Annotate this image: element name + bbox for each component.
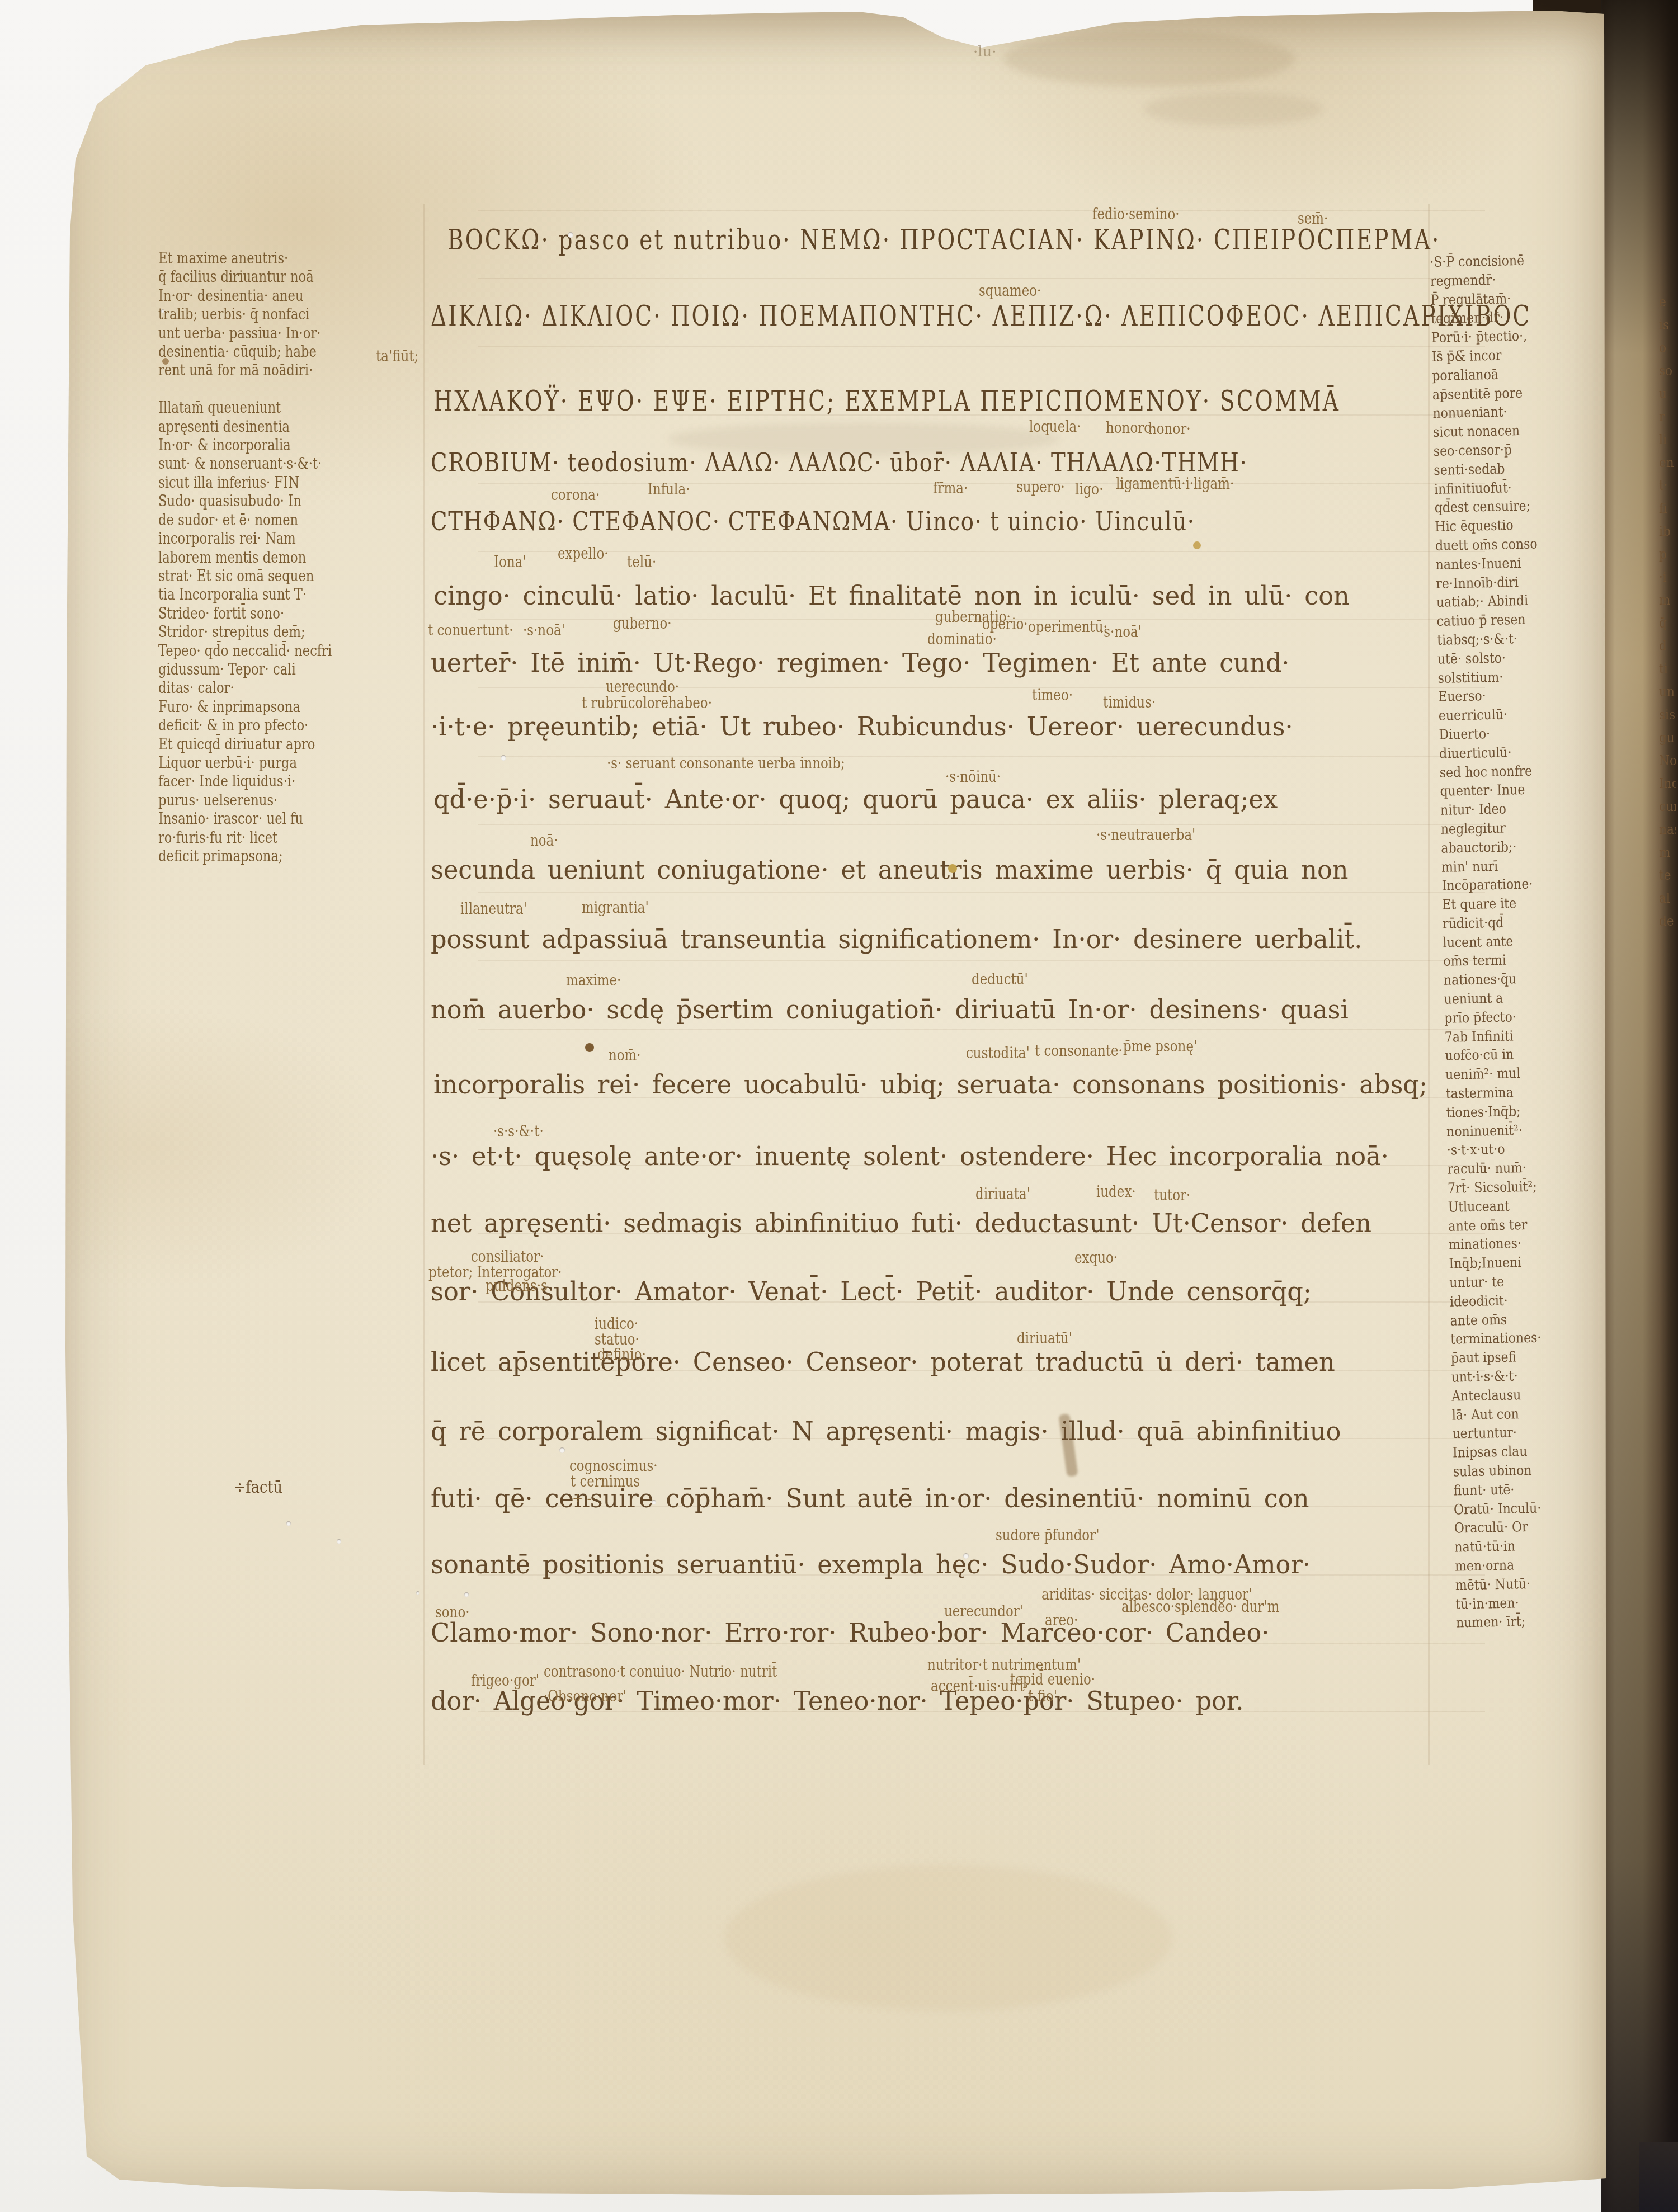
wormhole — [337, 1539, 341, 1544]
main-text-line: ΒΟCΚΩ· pasco et nutribuo· ΝΕΜΩ· ΠΡΟCΤΑCΙ… — [447, 224, 1440, 256]
wormhole — [501, 755, 506, 761]
right-margin-line: Euerso· — [1438, 686, 1540, 706]
left-margin-line: ro·furis·fu rit· licet — [158, 829, 332, 847]
interlinear-gloss: albesco·splendeo· dur'm — [1121, 1598, 1279, 1616]
right-margin-line: uatiab;· Abindi — [1436, 591, 1539, 612]
right-margin-line: 7rt̄· Sicsoluit̄²; — [1448, 1177, 1550, 1197]
right-margin-line: Porū·i· p̄tectio·, — [1431, 327, 1534, 347]
interlinear-gloss: sudore p̄fundor' — [996, 1527, 1099, 1544]
interlinear-gloss: sono· — [435, 1604, 469, 1621]
left-margin-line: Et maxime aneutris· — [158, 249, 332, 268]
main-text-line: net apręsenti· sedmagis abinfinitiuo fut… — [431, 1208, 1371, 1239]
interlinear-gloss: iudex· — [1096, 1183, 1136, 1201]
right-margin-line: Inipsas clau — [1453, 1441, 1555, 1462]
right-margin-line: lucent ante — [1443, 931, 1545, 952]
right-margin-line: seo·censor·p̄ — [1433, 440, 1535, 460]
main-text-line: sor· Consultor· Amator· Venat̄· Lect̄· P… — [431, 1276, 1312, 1307]
right-margin-line: fiunt· utē· — [1453, 1479, 1556, 1500]
wormhole — [963, 1553, 969, 1559]
main-text-line: possunt adpassiuā transeuntia significat… — [431, 924, 1362, 955]
interlinear-gloss: sem̄· — [1298, 210, 1328, 228]
left-margin-line: de sudor· et ē· nomen — [158, 511, 332, 530]
left-margin-line: Stridor· strepitus dem̄; — [158, 623, 332, 642]
right-margin-line: sicut nonacen — [1433, 421, 1535, 442]
water-stain — [724, 1865, 1172, 2011]
right-margin-line: lā· Aut con — [1452, 1404, 1554, 1425]
interlinear-gloss: fr̄ma· — [933, 480, 968, 497]
show-through-text: ·lu· — [973, 44, 997, 60]
main-text-line: incorporalis rei· fecere uocabulū· ubiq;… — [433, 1069, 1427, 1100]
interlinear-gloss: dominatio· — [927, 631, 997, 648]
main-text-line: cingo· cinculū· latio· laculū· Et finali… — [433, 581, 1350, 611]
right-margin-line: Anteclausu — [1451, 1385, 1554, 1406]
right-margin-line: Incōparatione· — [1441, 875, 1544, 895]
right-margin-line: neglegitur — [1440, 818, 1543, 838]
interlinear-gloss: illaneutra' — [460, 900, 527, 918]
right-margin-line: nitur· Ideo — [1440, 799, 1543, 819]
ink-speck — [1193, 541, 1201, 549]
left-margin-line: rent unā for mā noādiri· — [158, 361, 332, 380]
right-margin-line: min' nurī — [1441, 856, 1544, 876]
interlinear-gloss: guberno· — [613, 615, 672, 633]
interlinear-gloss: p̄me psonę' — [1123, 1038, 1197, 1055]
interlinear-gloss: ligo· — [1075, 481, 1103, 498]
right-margin-line: uofc̄o·cū in — [1445, 1045, 1547, 1065]
interlinear-gloss: ·Obsono·nor' — [544, 1688, 626, 1705]
right-margin-line: Oratū· Inculū· — [1454, 1498, 1556, 1519]
interlinear-gloss: ·s·nōinū· — [945, 768, 1001, 786]
interlinear-gloss: t fio' — [1028, 1688, 1057, 1705]
left-margin-line: Et quicqd̄ diriuatur apro — [158, 735, 332, 754]
manuscript-photo: e is o so u r li en t· fi ib p ·i m q̄ d… — [0, 0, 1678, 2212]
left-margin-line: Furo· & inprimapsona — [158, 698, 332, 716]
main-text-line: sonantē positionis seruantiū· exempla hę… — [431, 1549, 1311, 1580]
margin-note: ÷factū — [234, 1478, 282, 1497]
right-margin-line: sed hoc nonfre — [1440, 761, 1542, 782]
left-margin-line: gidussum· Tepor· cali — [158, 661, 332, 679]
right-margin-line: Oraculū· Or — [1454, 1517, 1556, 1537]
show-through-stain — [1144, 92, 1323, 126]
left-margin-line — [158, 380, 332, 399]
left-margin-line: tralib; uerbis· q̄ nonfaci — [158, 305, 332, 324]
wormhole — [652, 1500, 656, 1504]
interlinear-gloss: t cernimus — [571, 1473, 640, 1491]
left-margin-line: Illatam̄ queueniunt — [158, 399, 332, 417]
left-margin-line: In·or· & incorporalia — [158, 436, 332, 455]
interlinear-gloss: uerecundo· — [606, 678, 679, 696]
wormhole — [286, 1521, 291, 1526]
right-margin-line: unt·i·s·&·t· — [1451, 1366, 1553, 1386]
left-margin-line: strat· Et sic omā sequen — [158, 567, 332, 586]
interlinear-gloss: cognoscimus· — [569, 1458, 658, 1475]
interlinear-gloss: ·s·noā' — [523, 622, 565, 639]
right-margin-line: numen· īrt̄; — [1456, 1611, 1558, 1632]
right-margin-line: infinitiuofut̄· — [1434, 478, 1536, 498]
interlinear-gloss: consiliator· — [471, 1248, 544, 1266]
right-margin-line: Inq̄b;Inueni — [1449, 1252, 1551, 1273]
interlinear-gloss: nom̄· — [609, 1047, 641, 1064]
right-margin-line: P̄ regulātam̄· — [1430, 289, 1533, 309]
right-margin-line: Utluceant — [1448, 1196, 1550, 1216]
interlinear-gloss: corona· — [551, 487, 600, 504]
right-margin-line: minationes· — [1449, 1234, 1551, 1254]
ink-speck — [585, 1043, 594, 1052]
right-margin-line: tū·in·men· — [1455, 1593, 1558, 1614]
interlinear-gloss: tutor· — [1154, 1187, 1190, 1204]
left-margin-line: Sudo· quasisubudo· In — [158, 492, 332, 511]
interlinear-gloss: timidus· — [1103, 694, 1156, 711]
right-margin-line: sulas ubinon — [1453, 1460, 1556, 1481]
interlinear-gloss: timeo· — [1032, 687, 1073, 704]
ruling-vertical-left — [423, 204, 425, 1765]
right-margin-line: solstitium· — [1437, 667, 1540, 687]
right-margin-line: om̄s termi — [1443, 950, 1545, 971]
left-margin-line: Insanio· irascor· uel fu — [158, 810, 332, 828]
main-text-line: ·s· et·t· quęsolę ante·or· inuentę solen… — [431, 1141, 1389, 1172]
left-margin-line: sunt· & nonseruant·s·&·t· — [158, 455, 332, 473]
right-margin-line: tiabsq;·s·&·t· — [1437, 629, 1539, 649]
right-margin-line: ueniunt a — [1444, 988, 1546, 1008]
main-text-line: CΤΗΦΑΝΩ· CΤΕΦΑΝΟC· CΤΕΦΑΝΩΜΑ· Uinco· t u… — [431, 506, 1195, 537]
right-margin-line: Diuerto· — [1439, 723, 1541, 744]
left-margin-line: Liquor uerbū·i· purga — [158, 754, 332, 772]
interlinear-gloss: supero· — [1016, 479, 1065, 496]
right-margin-line: terminationes· — [1450, 1328, 1553, 1349]
left-margin-line: Tepeo· qd̄o neccalid̄· necfri — [158, 642, 332, 661]
main-text-line: ΔΙΚΛΙΩ· ΔΙΚΛΙΟC· ΠΟΙΩ· ΠΟΕΜΑΠΟΝΤΗC· ΛΕΠΙ… — [431, 300, 1531, 332]
main-text-line: nom̄ auerbo· scdę p̄sertim coniugation̄·… — [431, 994, 1349, 1025]
interlinear-gloss: maxime· — [566, 972, 621, 989]
right-margin-line: raculū· num̄· — [1447, 1158, 1549, 1178]
ink-speck — [162, 358, 169, 365]
right-margin-line: ante om̄s ter — [1448, 1215, 1550, 1235]
interlinear-gloss: operimentū· — [1028, 619, 1107, 636]
right-margin-line: catiuo p̄ resen — [1436, 610, 1539, 631]
right-margin-line: utē· solsto· — [1437, 648, 1540, 668]
wormhole — [559, 1447, 565, 1453]
interlinear-gloss: ·s·neutrauerba' — [1096, 827, 1195, 844]
right-margin-line: ante om̄s — [1450, 1309, 1552, 1330]
main-text-line: uerter̄· Itē inim̄· Ut·Rego· regimen· Te… — [431, 648, 1290, 678]
right-margin-line: Et quare ite — [1442, 893, 1544, 914]
right-margin-line: tastermina — [1446, 1082, 1548, 1103]
show-through-stain — [1004, 31, 1295, 87]
right-margin-line: uertuntur· — [1452, 1423, 1554, 1444]
interlinear-gloss: operio· — [982, 616, 1028, 633]
left-margin-line: q̄ facilius diriuantur noā — [158, 268, 332, 286]
interlinear-gloss: definio· — [597, 1346, 646, 1364]
main-text-line: q̄ rē corporalem significat· N apręsenti… — [431, 1416, 1341, 1447]
left-margin-line: sicut illa inferius· FIN — [158, 474, 332, 492]
right-margin-line: tegimen·dr̄· — [1431, 308, 1533, 328]
right-margin-line: ·s·t·x·ut·o — [1446, 1139, 1549, 1160]
interlinear-gloss: diriuata' — [975, 1186, 1030, 1203]
interlinear-gloss: loquela· — [1029, 418, 1081, 436]
interlinear-gloss: ·s· seruant consonante uerba innoib; — [607, 755, 845, 772]
right-margin-line: tiones·Inq̄b; — [1446, 1101, 1548, 1122]
wormhole — [568, 232, 573, 238]
interlinear-gloss: ÷ ‐ — [572, 1490, 591, 1507]
left-margin-gloss-column: Et maxime aneutris·q̄ facilius diriuantu… — [158, 249, 332, 866]
right-margin-line: ap̄sentitē pore — [1432, 383, 1535, 404]
left-margin-line: deficit· & in pro pfecto· — [158, 716, 332, 735]
right-margin-line: abauctorib;· — [1441, 837, 1543, 857]
left-margin-line: ditas· calor· — [158, 679, 332, 697]
right-margin-line: re·Innoīb·diri — [1436, 572, 1538, 593]
interlinear-gloss: t consonante· — [1035, 1043, 1123, 1060]
interlinear-gloss: t rubrūcolorēhabeo· — [582, 695, 712, 712]
left-margin-line: purus· uelserenus· — [158, 791, 332, 810]
left-margin-line: tia Incorporalia sunt T· — [158, 586, 332, 604]
interlinear-gloss: ·s·s·&·t· — [493, 1123, 544, 1140]
right-margin-line: diuerticulū· — [1439, 742, 1542, 763]
main-text-line: futi· qē· censuire cōp̄ham̄· Sunt autē i… — [431, 1483, 1309, 1514]
interlinear-gloss: ta'fiūt; — [376, 348, 418, 365]
main-text-line: Clamo·mor· Sono·nor· Erro·ror· Rubeo·bor… — [431, 1617, 1269, 1648]
right-margin-line: regmendr̄· — [1430, 270, 1533, 290]
interlinear-gloss: honor· — [1148, 421, 1190, 438]
interlinear-gloss: areo· — [1045, 1612, 1078, 1629]
right-margin-line: 7ab Infiniti — [1445, 1026, 1547, 1046]
interlinear-gloss: custodita' — [966, 1045, 1030, 1062]
right-margin-line: nantes·Inueni — [1435, 553, 1538, 574]
left-margin-line: deficit primapsona; — [158, 847, 332, 866]
right-margin-line: natū·tū·in — [1454, 1536, 1557, 1557]
left-margin-line: In·or· desinentia· aneu — [158, 287, 332, 305]
right-margin-line: nonueniant· — [1432, 402, 1535, 423]
interlinear-gloss: Infula· — [648, 481, 690, 498]
interlinear-gloss: frigeo·gor' — [471, 1672, 539, 1690]
interlinear-gloss: deductū' — [972, 971, 1028, 988]
interlinear-gloss: diriuatū' — [1017, 1330, 1072, 1347]
right-margin-line: rūdicit·qd̄ — [1443, 912, 1545, 933]
main-text-line: qd̄·e·p̄·i· seruaut̄· Ante·or· quoq; quo… — [433, 784, 1278, 815]
interlinear-gloss: puidens·s — [486, 1277, 548, 1295]
main-text-line: CROBIUM· teodosium· ΛΑΛΩ· ΛΑΛΩC· ūbor̄· … — [431, 447, 1247, 478]
main-text-line: ·i·t·e· pręeuntib; etiā· Ut rubeo· Rubic… — [431, 711, 1293, 742]
right-margin-line: Hic ēquestio — [1435, 516, 1537, 536]
main-text-line: licet ap̄sentitēpore· Censeo· Censeor· p… — [431, 1347, 1335, 1378]
interlinear-gloss: noā· — [530, 832, 558, 850]
right-margin-line: noninuenit̄²· — [1446, 1120, 1549, 1141]
left-margin-line: desinentia· cūquib; habe — [158, 343, 332, 361]
right-margin-line: untur· te — [1449, 1271, 1552, 1292]
wormhole — [161, 309, 164, 313]
main-text-line: ΗΧΛΑΚΟΫ· ΕΨΟ· ΕΨΕ· ΕΙΡΤΗC; EXEMPLA ΠΕΡΙC… — [433, 385, 1340, 417]
right-margin-line: senti·sedab — [1434, 459, 1536, 479]
interlinear-gloss: telū· — [627, 554, 656, 571]
interlinear-gloss: iudico· — [595, 1315, 638, 1333]
right-margin-line: mētū· Nutū· — [1455, 1574, 1557, 1595]
left-margin-line: laborem mentis demon — [158, 549, 332, 567]
right-margin-line: Is̄ p̄&̄ incor — [1431, 345, 1534, 366]
right-margin-line: poralianoā — [1432, 364, 1534, 385]
left-margin-line: incorporalis rei· Nam — [158, 530, 332, 548]
right-margin-line: euerriculū· — [1439, 704, 1541, 725]
interlinear-gloss: t conuertunt· — [428, 622, 513, 639]
binding-tailband — [1639, 2142, 1678, 2212]
interlinear-gloss: contrasono·t conuiuo· Nutrio· nutrit̄ — [544, 1663, 777, 1681]
interlinear-gloss: tepid̄ euenio· — [1010, 1671, 1095, 1689]
interlinear-gloss: migrantia' — [582, 899, 649, 917]
interlinear-gloss: ligamentū·i·ligam̄· — [1116, 475, 1234, 493]
right-margin-line: duett om̄s conso — [1435, 534, 1538, 555]
right-margin-line: men·orna — [1455, 1555, 1557, 1576]
main-text-line: secunda ueniunt coniugatione· et aneutri… — [431, 855, 1349, 885]
interlinear-gloss: Iona' — [494, 554, 526, 571]
left-margin-line: apręsenti desinentia — [158, 418, 332, 436]
right-margin-line: quenter· Inue — [1440, 780, 1542, 801]
right-margin-line: nationes·q̄u — [1444, 969, 1546, 990]
interlinear-gloss: exquo· — [1074, 1249, 1118, 1267]
left-margin-line: unt uerba· passiua· In·or· — [158, 324, 332, 343]
interlinear-gloss: fedio·semino· — [1092, 206, 1180, 223]
interlinear-gloss: expello· — [558, 545, 609, 563]
next-folio-text-fragments: e is o so u r li en t· fi ib p ·i m q̄ d… — [1659, 291, 1676, 2025]
ruling-vertical-right — [1428, 204, 1430, 1765]
ink-speck — [948, 864, 957, 873]
right-margin-line: qd̄est censuire; — [1434, 497, 1536, 517]
interlinear-gloss: squameo· — [979, 282, 1041, 300]
left-margin-line: facer· Inde liquidus·i· — [158, 772, 332, 791]
right-margin-line: prīo p̄fecto· — [1444, 1007, 1547, 1027]
wormhole — [464, 1592, 469, 1597]
interlinear-gloss: uerecundor' — [944, 1603, 1023, 1620]
right-margin-line: ·S·P̄ concisionē — [1430, 251, 1532, 271]
left-margin-line: Strideo· fortit̄ sono· — [158, 605, 332, 623]
interlinear-gloss: ·s·noā' — [1100, 624, 1142, 641]
wormhole — [416, 1591, 419, 1595]
right-margin-line: ideodicit· — [1450, 1290, 1552, 1311]
right-margin-line: p̄aut ipsefi — [1451, 1347, 1553, 1367]
right-margin-line: uenim̄²· mul — [1445, 1063, 1548, 1084]
